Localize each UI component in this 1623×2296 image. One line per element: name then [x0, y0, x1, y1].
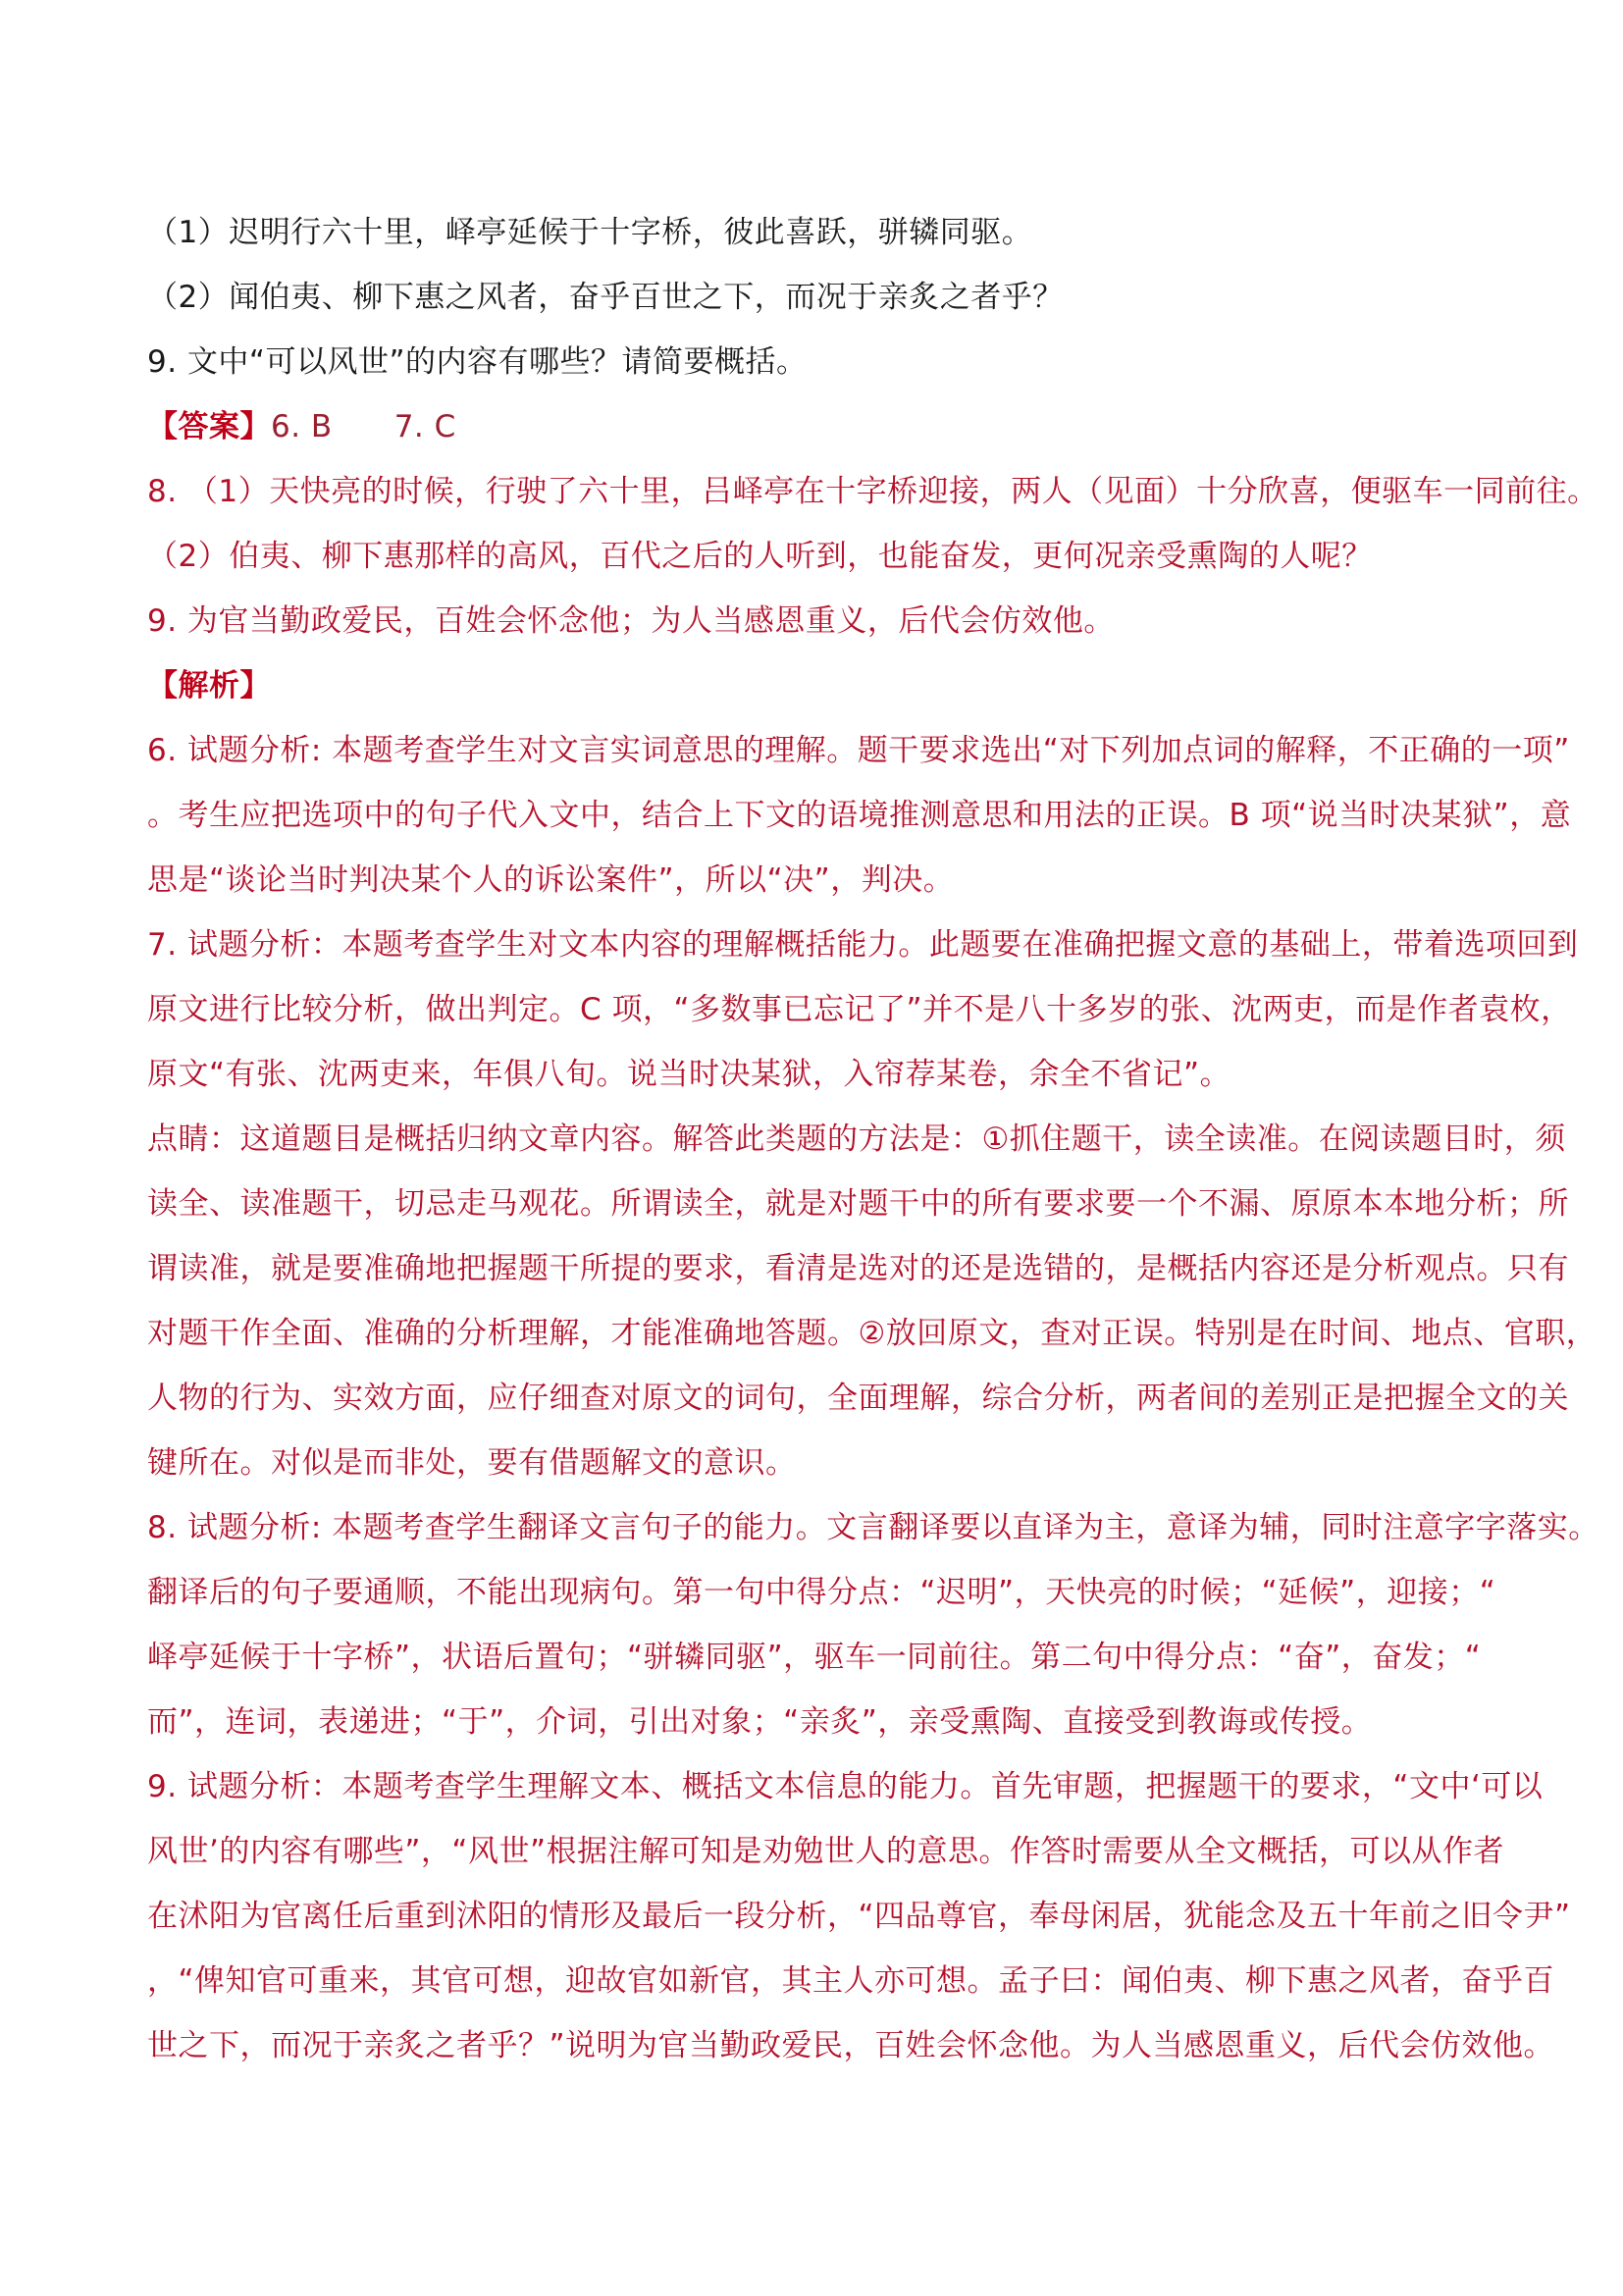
analysis-line: 人物的行为、实效方面，应仔细查对原文的词句，全面理解，综合分析，两者间的差别正是…	[147, 1366, 1482, 1431]
analysis-line: 谓读准，就是要准确地把握题干所提的要求，看清是选对的还是选错的，是概括内容还是分…	[147, 1236, 1482, 1301]
answer-header: 【答案】6. B 7. C	[147, 394, 1482, 459]
document-page: （1）迟明行六十里，峄亭延候于十字桥，彼此喜跃，骈辚同驱。 （2）闻伯夷、柳下惠…	[147, 200, 1482, 2078]
analysis-line: 7. 试题分析：本题考查学生对文本内容的理解概括能力。此题要在准确把握文意的基础…	[147, 913, 1482, 977]
analysis-line: 6. 试题分析: 本题考查学生对文言实词意思的理解。题干要求选出“对下列加点词的…	[147, 718, 1482, 783]
analysis-line: 峄亭延候于十字桥”，状语后置句；“骈辚同驱”，驱车一同前往。第二句中得分点：“奋…	[147, 1625, 1482, 1690]
analysis-line: 原文进行比较分析，做出判定。C 项，“多数事已忘记了”并不是八十多岁的张、沈两吏…	[147, 977, 1482, 1042]
analysis-line: 9. 试题分析：本题考查学生理解文本、概括文本信息的能力。首先审题，把握题干的要…	[147, 1754, 1482, 1819]
analysis-line: 对题干作全面、准确的分析理解，才能准确地答题。②放回原文，查对正误。特别是在时间…	[147, 1301, 1482, 1366]
analysis-line: 思是“谈论当时判决某个人的诉讼案件”，所以“决”，判决。	[147, 848, 1482, 913]
analysis-line: 8. 试题分析: 本题考查学生翻译文言句子的能力。文言翻译要以直译为主，意译为辅…	[147, 1495, 1482, 1560]
question-9: 9. 文中“可以风世”的内容有哪些？请简要概括。	[147, 330, 1482, 394]
analysis-line: 翻译后的句子要通顺，不能出现病句。第一句中得分点：“迟明”，天快亮的时候；“延候…	[147, 1560, 1482, 1625]
analysis-line: ，“俾知官可重来，其官可想，迎故官如新官，其主人亦可想。孟子曰：闻伯夷、柳下惠之…	[147, 1949, 1482, 2013]
analysis-line: 。考生应把选项中的句子代入文中，结合上下文的语境推测意思和用法的正误。B 项“说…	[147, 783, 1482, 848]
analysis-line: 世之下，而况于亲炙之者乎？”说明为官当勤政爱民，百姓会怀念他。为人当感恩重义，后…	[147, 2013, 1482, 2078]
analysis-line: 原文“有张、沈两吏来，年俱八旬。说当时决某狱，入帘荐某卷，余全不省记”。	[147, 1042, 1482, 1107]
question-8-part-2: （2）闻伯夷、柳下惠之风者，奋乎百世之下，而况于亲炙之者乎？	[147, 265, 1482, 330]
analysis-line: 读全、读准题干，切忌走马观花。所谓读全，就是对题干中的所有要求要一个不漏、原原本…	[147, 1172, 1482, 1236]
analysis-label: 【解析】	[147, 668, 271, 704]
answer-8-part-1: 8. （1）天快亮的时候，行驶了六十里，吕峄亭在十字桥迎接，两人（见面）十分欣喜…	[147, 459, 1482, 524]
answer-9: 9. 为官当勤政爱民，百姓会怀念他；为人当感恩重义，后代会仿效他。	[147, 589, 1482, 653]
analysis-line: 点睛：这道题目是概括归纳文章内容。解答此类题的方法是：①抓住题干，读全读准。在阅…	[147, 1107, 1482, 1172]
answer-value: 6. B 7. C	[271, 409, 456, 444]
analysis-line: 在沭阳为官离任后重到沭阳的情形及最后一段分析，“四品尊官，奉母闲居，犹能念及五十…	[147, 1884, 1482, 1949]
question-8-part-1: （1）迟明行六十里，峄亭延候于十字桥，彼此喜跃，骈辚同驱。	[147, 200, 1482, 265]
analysis-line: 风世’的内容有哪些”，“风世”根据注解可知是劝勉世人的意思。作答时需要从全文概括…	[147, 1819, 1482, 1884]
analysis-header: 【解析】	[147, 653, 1482, 718]
analysis-line: 键所在。对似是而非处，要有借题解文的意识。	[147, 1431, 1482, 1495]
analysis-line: 而”，连词，表递进；“于”，介词，引出对象；“亲炙”，亲受熏陶、直接受到教诲或传…	[147, 1690, 1482, 1754]
answer-8-part-2: （2）伯夷、柳下惠那样的高风，百代之后的人听到，也能奋发，更何况亲受熏陶的人呢？	[147, 524, 1482, 589]
answer-label: 【答案】	[147, 409, 271, 444]
